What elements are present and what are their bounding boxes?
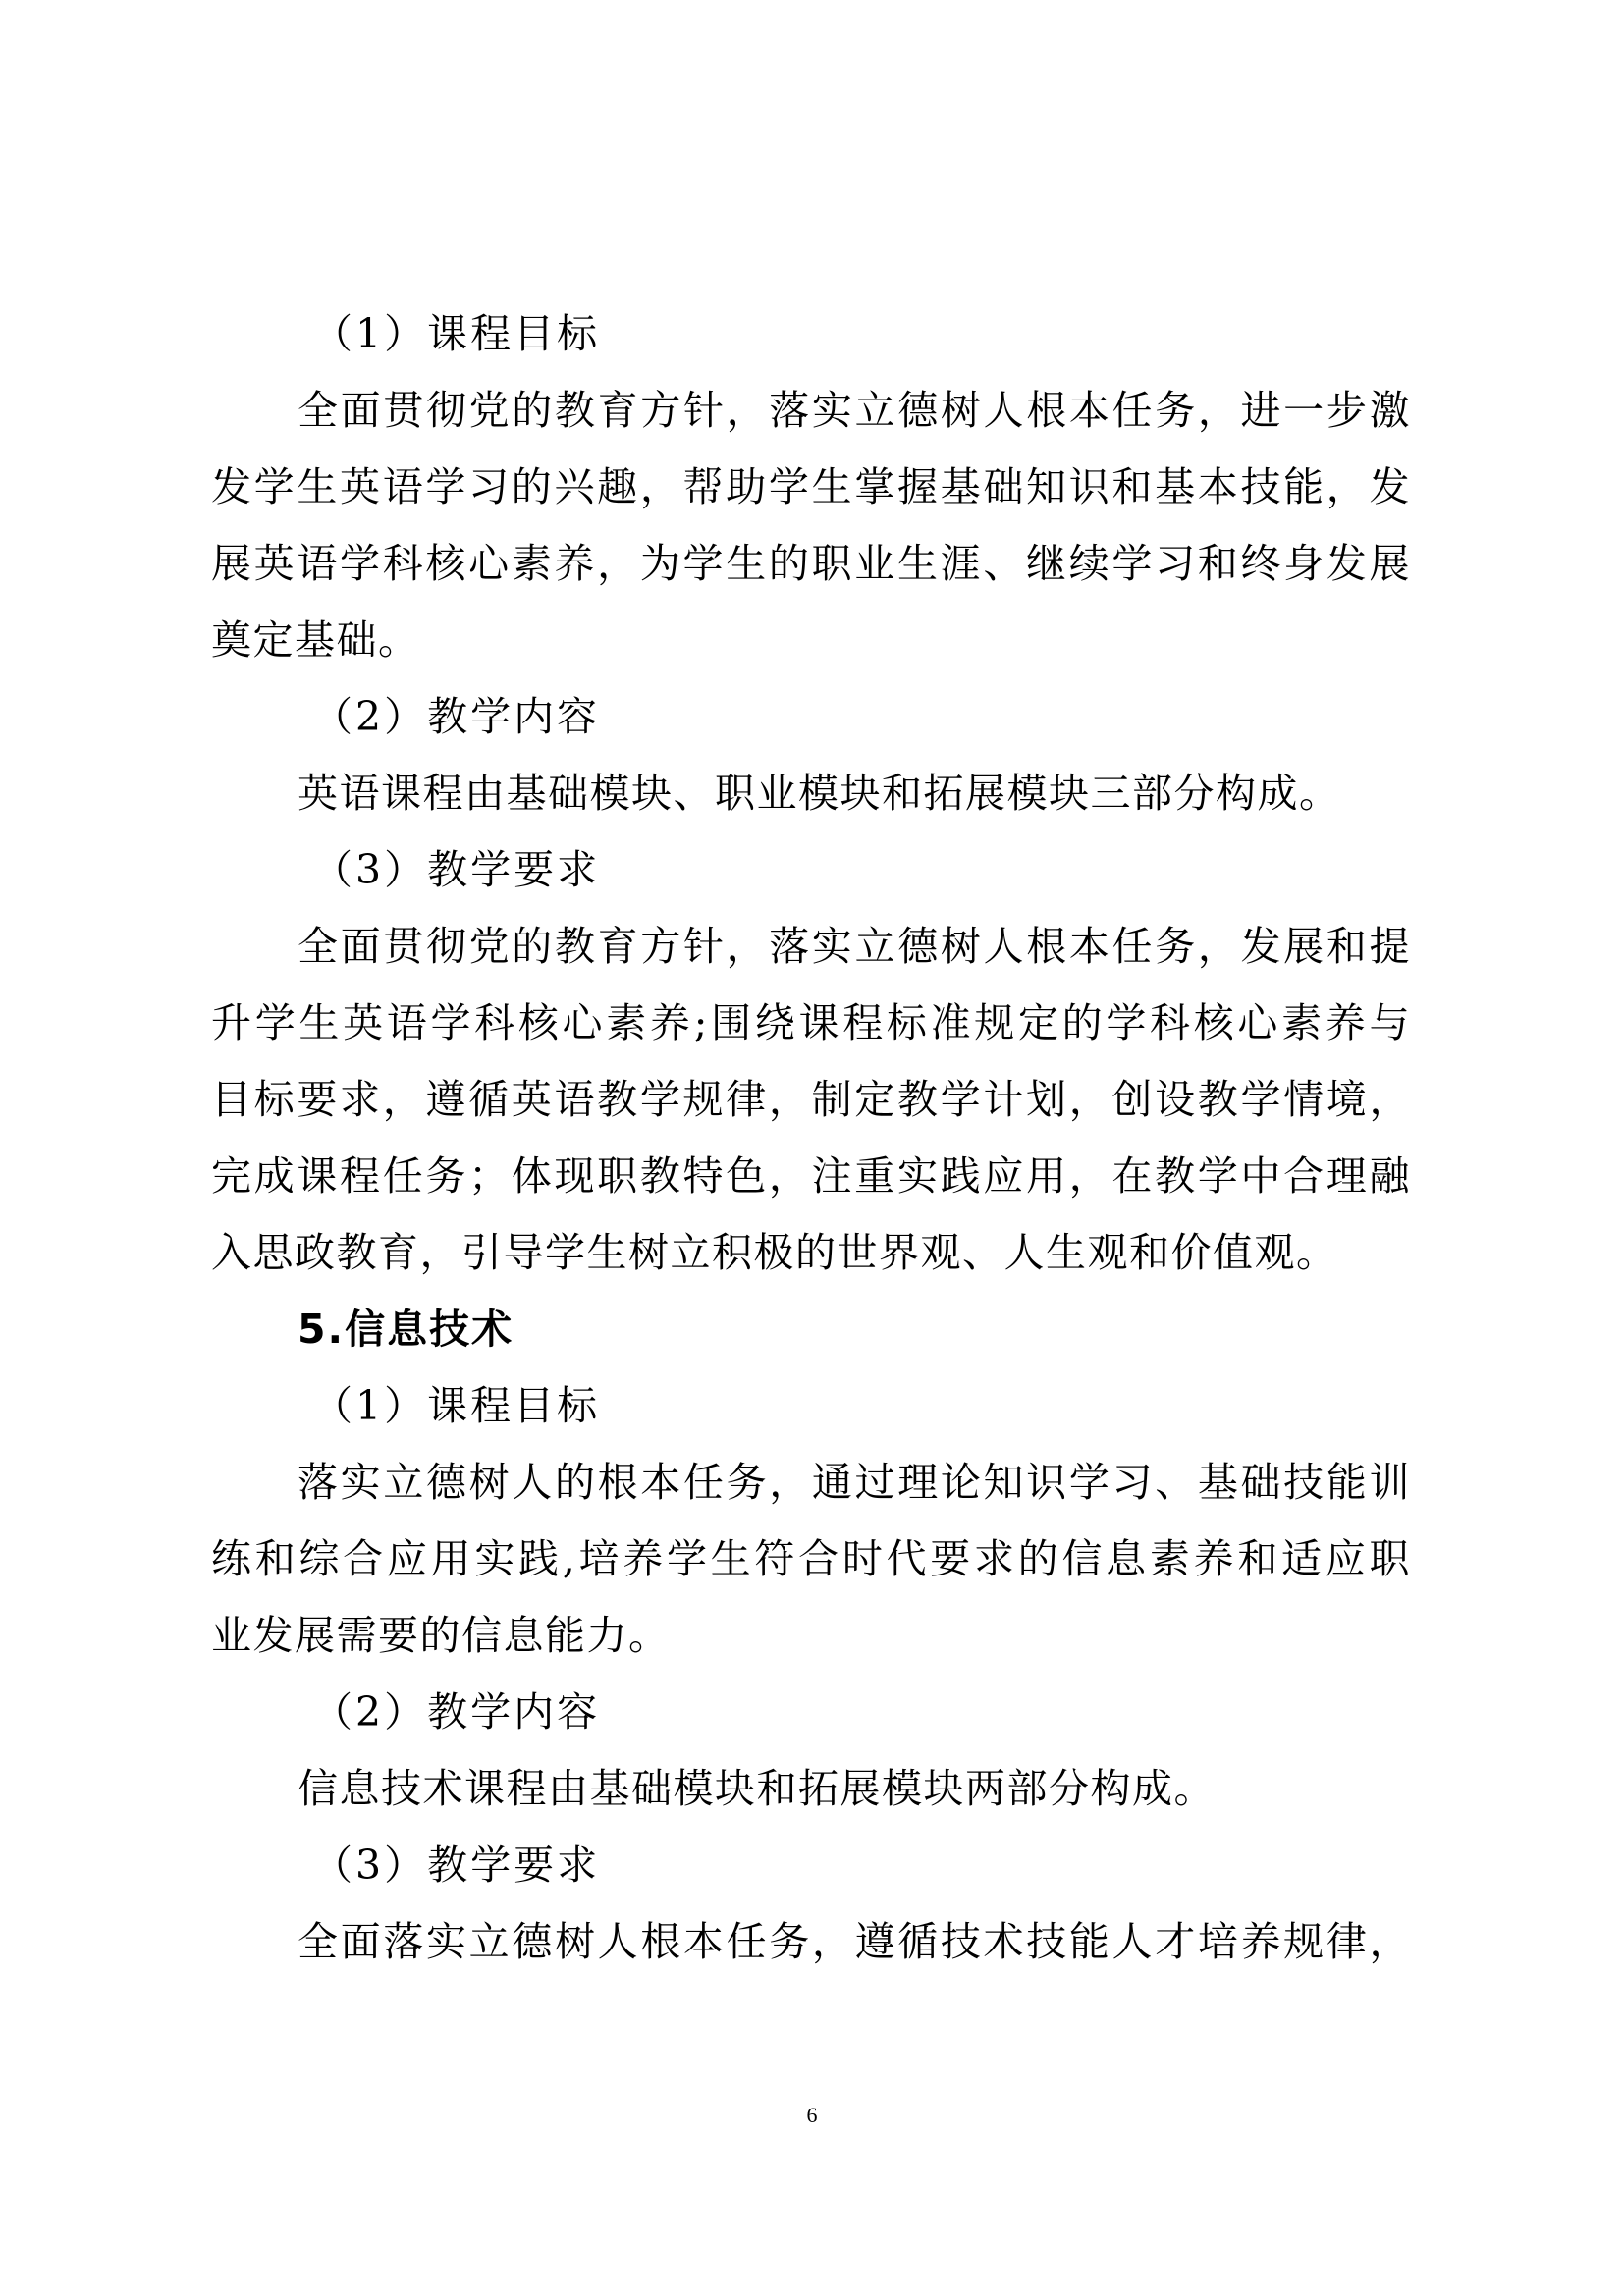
subheading-teaching-content: （2）教学内容: [312, 1684, 600, 1739]
paragraph-line: 信息技术课程由基础模块和拓展模块两部分构成。: [298, 1761, 1216, 1816]
paragraph-line: 全面落实立德树人根本任务，遵循技术技能人才培养规律，: [298, 1914, 1411, 1969]
subheading-teaching-requirements: （3）教学要求: [312, 1838, 600, 1893]
paragraph-line: 全面贯彻党的教育方针，落实立德树人根本任务，发展和提: [298, 919, 1411, 974]
paragraph-line: 发学生英语学习的兴趣，帮助学生掌握基础知识和基本技能，发: [211, 459, 1411, 514]
page-number: 6: [797, 2101, 827, 2130]
section-heading-information-technology: 5.信息技术: [298, 1302, 514, 1357]
paragraph-line: 英语课程由基础模块、职业模块和拓展模块三部分构成。: [298, 766, 1341, 821]
paragraph-line: 入思政教育，引导学生树立积极的世界观、人生观和价值观。: [211, 1225, 1338, 1280]
paragraph-line: 展英语学科核心素养，为学生的职业生涯、继续学习和终身发展: [211, 536, 1411, 591]
subheading-teaching-requirements: （3）教学要求: [312, 842, 600, 897]
subheading-course-objectives: （1）课程目标: [312, 306, 600, 361]
paragraph-line: 全面贯彻党的教育方针，落实立德树人根本任务，进一步激: [298, 383, 1411, 438]
paragraph-line: 业发展需要的信息能力。: [211, 1608, 671, 1663]
paragraph-line: 完成课程任务；体现职教特色，注重实践应用，在教学中合理融: [211, 1148, 1411, 1203]
paragraph-line: 升学生英语学科核心素养;围绕课程标准规定的学科核心素养与: [211, 995, 1411, 1050]
subheading-teaching-content: （2）教学内容: [312, 689, 600, 744]
document-page: （1）课程目标 全面贯彻党的教育方针，落实立德树人根本任务，进一步激 发学生英语…: [0, 0, 1624, 2296]
subheading-course-objectives: （1）课程目标: [312, 1378, 600, 1433]
paragraph-line: 目标要求，遵循英语教学规律，制定教学计划，创设教学情境，: [211, 1072, 1411, 1127]
paragraph-line: 奠定基础。: [211, 613, 420, 667]
paragraph-line: 落实立德树人的根本任务，通过理论知识学习、基础技能训: [298, 1455, 1411, 1510]
paragraph-line: 练和综合应用实践,培养学生符合时代要求的信息素养和适应职: [211, 1531, 1411, 1586]
